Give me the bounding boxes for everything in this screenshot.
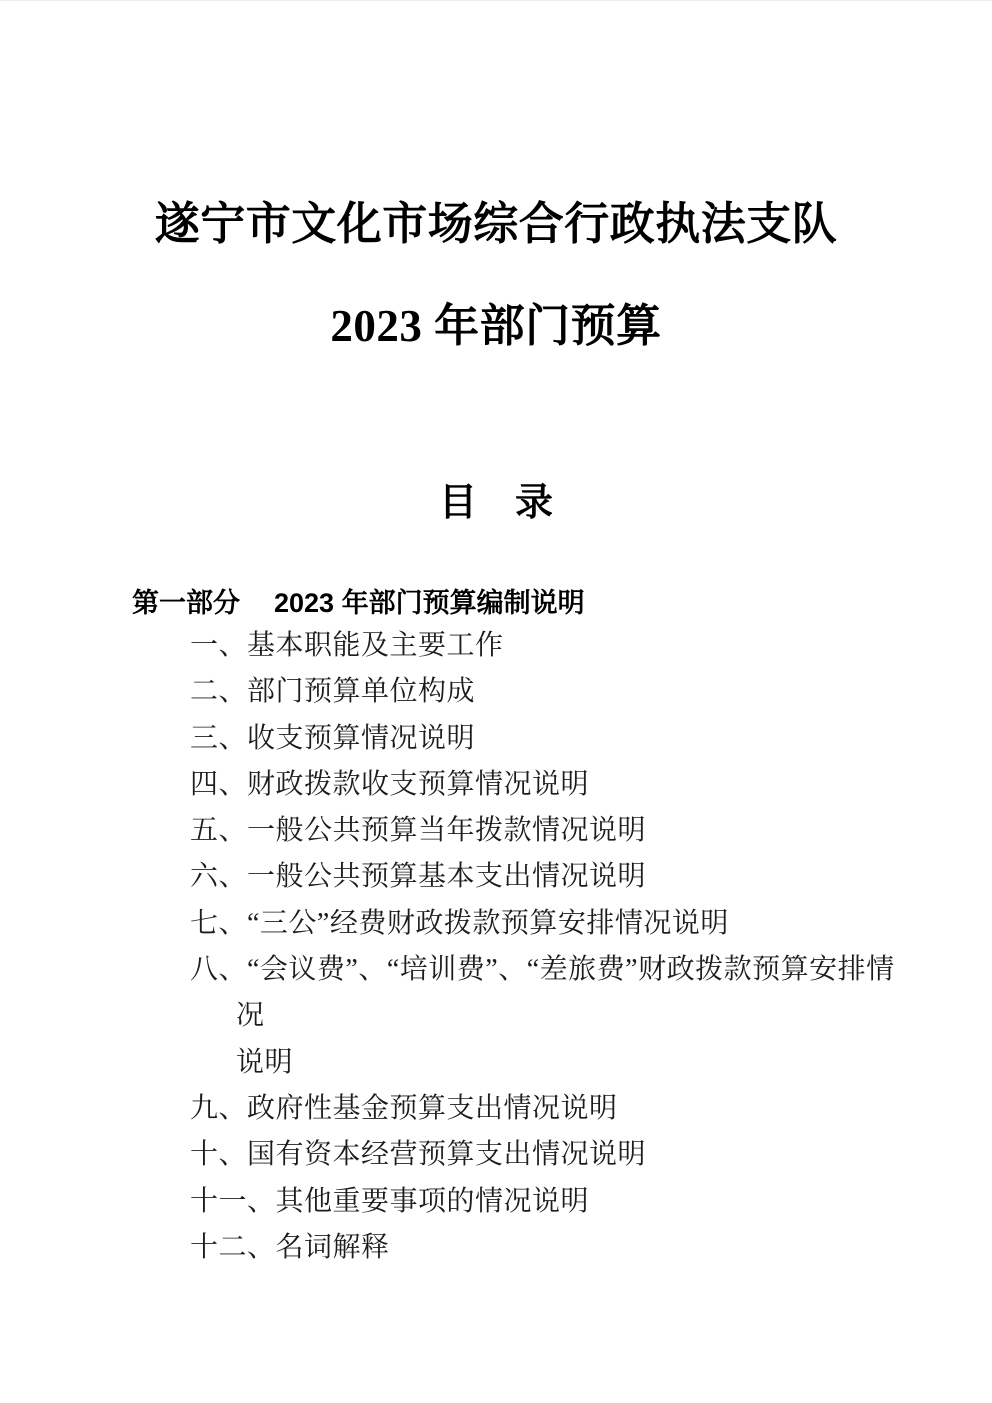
section-one-part-title: 2023 年部门预算编制说明: [274, 581, 585, 620]
toc-item-8: 八、“会议费”、“培训费”、“差旅费”财政拨款预算安排情况 说明: [190, 947, 896, 1086]
toc-item-12: 十二、名词解释: [190, 1225, 896, 1271]
document-title-line1: 遂宁市文化市场综合行政执法支队: [0, 187, 992, 252]
toc-item-11: 十一、其他重要事项的情况说明: [190, 1179, 896, 1225]
toc-item-5: 五、一般公共预算当年拨款情况说明: [190, 808, 896, 854]
toc-heading: 目 录: [0, 471, 992, 526]
toc-item-10: 十、国有资本经营预算支出情况说明: [190, 1132, 896, 1178]
section-one-part-label: 第一部分: [132, 581, 240, 620]
toc-item-6: 六、一般公共预算基本支出情况说明: [190, 854, 896, 900]
toc-item-1: 一、基本职能及主要工作: [190, 623, 896, 669]
document-title-line2: 2023 年部门预算: [0, 289, 992, 354]
toc-item-7: 七、“三公”经费财政拨款预算安排情况说明: [190, 901, 896, 947]
toc-list: 一、基本职能及主要工作 二、部门预算单位构成 三、收支预算情况说明 四、财政拨款…: [190, 623, 896, 1271]
toc-item-9: 九、政府性基金预算支出情况说明: [190, 1086, 896, 1132]
toc-item-4: 四、财政拨款收支预算情况说明: [190, 762, 896, 808]
document-page: 遂宁市文化市场综合行政执法支队 2023 年部门预算 目 录 第一部分 2023…: [0, 0, 992, 1403]
section-one-heading: 第一部分 2023 年部门预算编制说明: [132, 581, 585, 620]
toc-item-2: 二、部门预算单位构成: [190, 669, 896, 715]
toc-item-3: 三、收支预算情况说明: [190, 716, 896, 762]
